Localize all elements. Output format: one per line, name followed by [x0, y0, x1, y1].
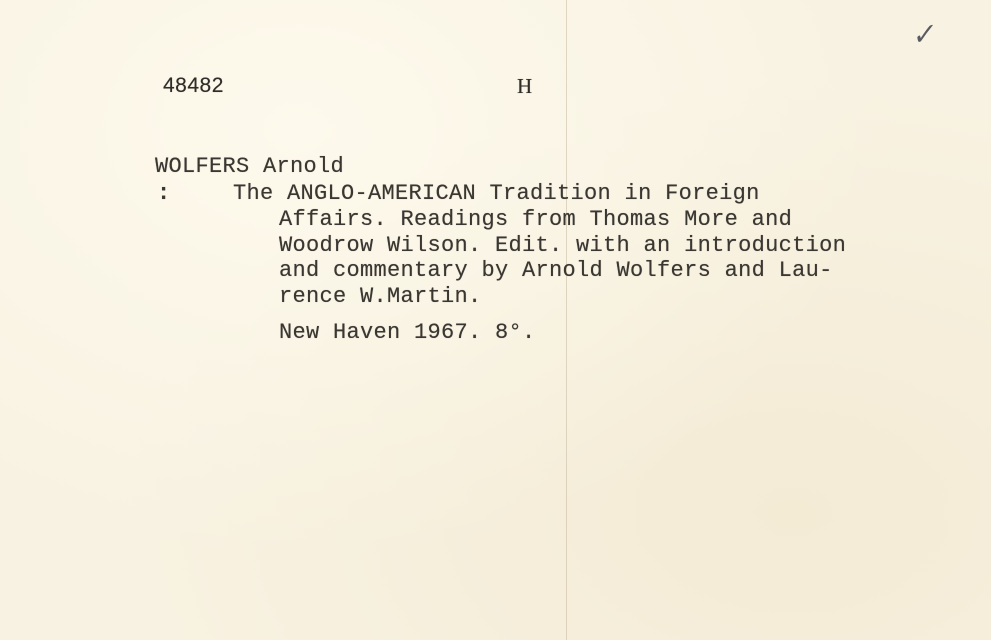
handwritten-check-icon: ✓ — [909, 17, 937, 53]
entry-separator: : — [157, 181, 171, 207]
catalog-card: 48482 H ✓ WOLFERS Arnold : The ANGLO-AME… — [0, 0, 991, 640]
card-crease — [566, 0, 567, 640]
title-line-2: Affairs. Readings from Thomas More and — [279, 207, 792, 233]
title-line-1: The ANGLO-AMERICAN Tradition in Foreign — [233, 181, 760, 207]
title-line-4: and commentary by Arnold Wolfers and Lau… — [279, 258, 833, 284]
title-line-5: rence W.Martin. — [279, 284, 482, 310]
accession-number: 48482 — [163, 73, 224, 99]
title-line-3: Woodrow Wilson. Edit. with an introducti… — [279, 233, 846, 259]
shelf-mark: H — [517, 73, 532, 99]
imprint-line: New Haven 1967. 8°. — [279, 320, 536, 346]
author-heading: WOLFERS Arnold — [155, 154, 344, 180]
